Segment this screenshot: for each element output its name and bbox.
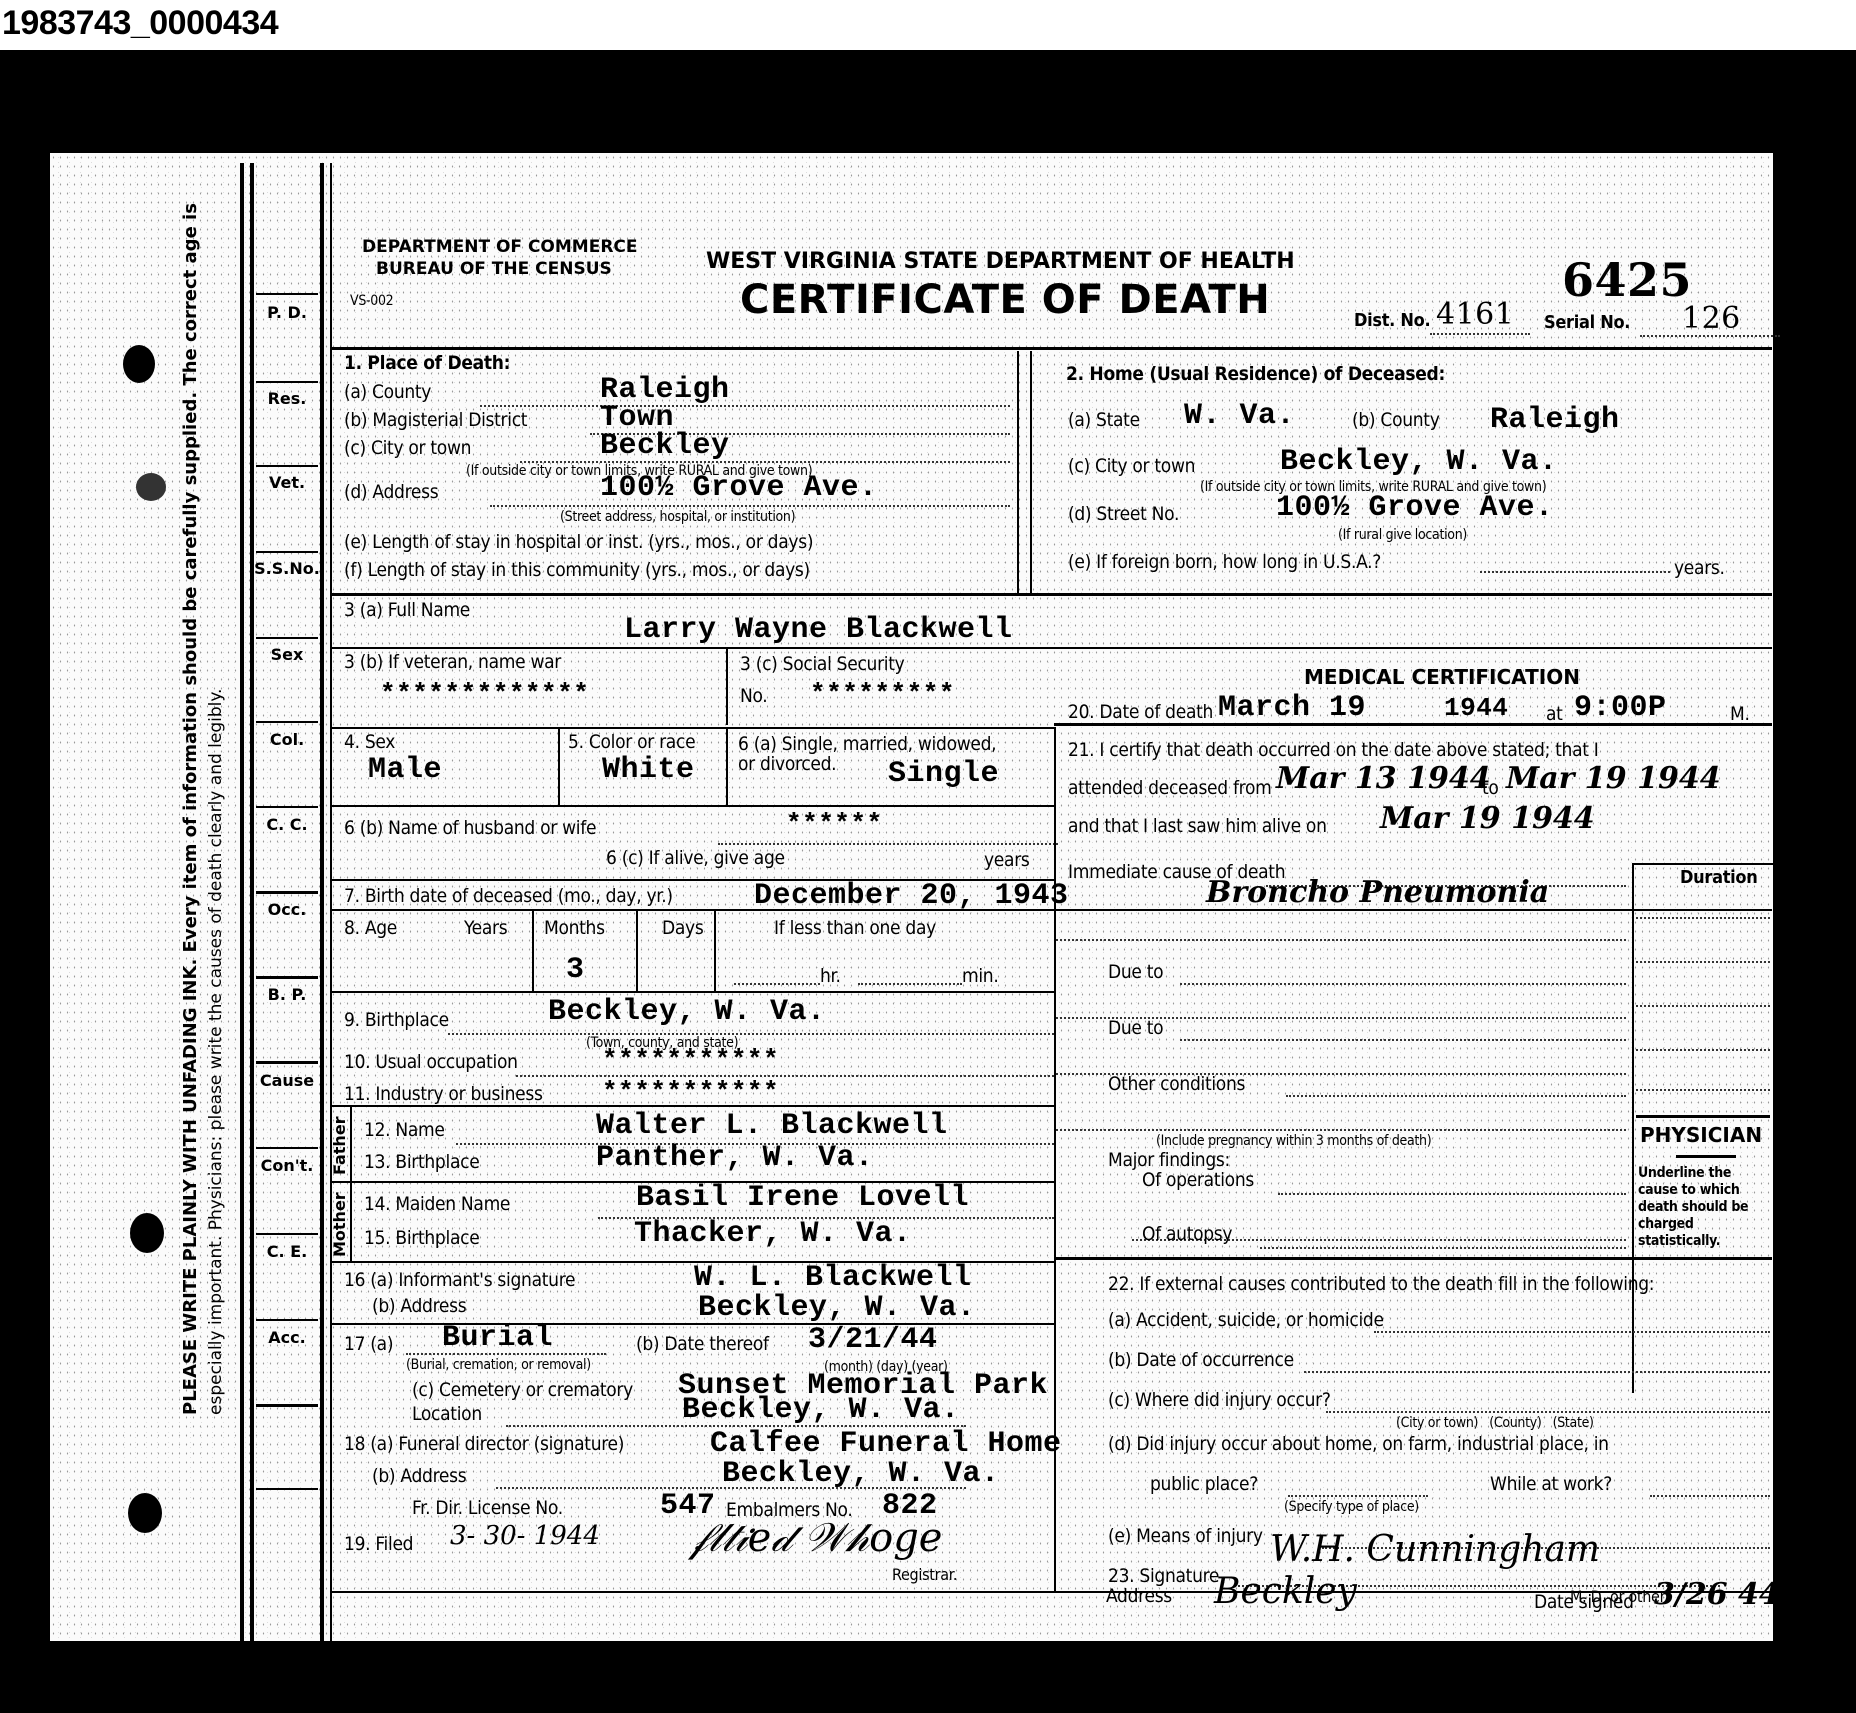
section-divider (1017, 351, 1019, 594)
birth-date-value[interactable]: December 20, 1943 (754, 879, 1069, 913)
page-title: CERTIFICATE OF DEATH (740, 277, 1270, 323)
certify-text: 21. I certify that death occurred on the… (1068, 739, 1599, 761)
margin-instructions-line1: PLEASE WRITE PLAINLY WITH UNFADING INK. … (180, 203, 201, 1415)
divider (256, 465, 318, 467)
sex-label: 4. Sex (344, 731, 395, 753)
home-state-label: (a) State (1068, 409, 1140, 431)
rule (332, 1323, 1054, 1325)
means-label: (e) Means of injury (1108, 1525, 1263, 1547)
mother-maiden-value[interactable]: Basil Irene Lovell (636, 1181, 969, 1215)
duration-column-border (1632, 863, 1634, 1393)
marital-label: 6 (a) Single, married, widowed, (738, 733, 996, 755)
side-code-occ: Occ. (252, 900, 322, 919)
autopsy-label: Of autopsy (1142, 1223, 1232, 1245)
less-day-label: If less than one day (774, 917, 936, 939)
ss-no-label: No. (740, 685, 767, 707)
address-value[interactable]: 100½ Grove Ave. (600, 471, 878, 505)
registrar-signature: 𝒻𝓁𝓉𝒾𝑒𝒹 𝒲𝒽𝑜𝑔𝑒 (690, 1515, 942, 1561)
burial-date-label: (b) Date thereof (636, 1333, 769, 1355)
side-code-cause: Cause (252, 1071, 322, 1090)
home-heading: 2. Home (Usual Residence) of Deceased: (1066, 363, 1445, 385)
county-line (480, 405, 1010, 407)
public-note: (Specify type of place) (1284, 1499, 1419, 1515)
side-code-res: Res. (252, 389, 322, 408)
about-label: (d) Did injury occur about home, on farm… (1108, 1433, 1609, 1455)
side-code-bp: B. P. (252, 985, 322, 1004)
burial-method-note: (Burial, cremation, or removal) (406, 1357, 591, 1373)
pregnancy-note: (Include pregnancy within 3 months of de… (1156, 1133, 1431, 1149)
side-code-vet: Vet. (252, 473, 322, 492)
serial-line (1640, 335, 1780, 337)
work-line (1650, 1495, 1770, 1497)
where-label: (c) Where did injury occur? (1108, 1389, 1331, 1411)
father-tag: Father (330, 1116, 349, 1175)
city-value[interactable]: Beckley (600, 429, 730, 463)
dist-label: Dist. No. (1354, 310, 1430, 331)
informant-address-value[interactable]: Beckley, W. Va. (698, 1291, 976, 1325)
industry-value[interactable]: *********** (602, 1077, 779, 1107)
attended-from-value[interactable]: Mar 13 1944 (1276, 761, 1491, 796)
at-label: at (1546, 703, 1563, 725)
divider (256, 293, 318, 295)
side-code-col: Col. (252, 730, 322, 749)
home-city-label: (c) City or town (1068, 455, 1195, 477)
spouse-label: 6 (b) Name of husband or wife (344, 817, 596, 839)
certifier-address-label: Address (1106, 1585, 1172, 1607)
veteran-value[interactable]: ************* (380, 679, 589, 709)
home-state-value[interactable]: W. Va. (1184, 399, 1295, 433)
public-line (1288, 1495, 1428, 1497)
side-code-sex: Sex (252, 645, 322, 664)
occurrence-label: (b) Date of occurrence (1108, 1349, 1294, 1371)
duration-line (1636, 1089, 1770, 1091)
section-rule (332, 593, 1772, 596)
spouse-age-label: 6 (c) If alive, give age (606, 847, 785, 869)
side-code-ce: C. E. (252, 1242, 322, 1261)
district-label: (b) Magisterial District (344, 409, 527, 431)
side-code-pd: P. D. (252, 303, 322, 322)
death-certificate: PLEASE WRITE PLAINLY WITH UNFADING INK. … (50, 153, 1773, 1641)
rule (332, 991, 1054, 993)
due-to-line (1180, 1039, 1626, 1041)
cause-line (1056, 1129, 1626, 1131)
parent-tag-border (350, 1107, 352, 1263)
where-note: (City or town) (County) (State) (1396, 1415, 1594, 1431)
home-street-value[interactable]: 100½ Grove Ave. (1276, 491, 1554, 525)
birthplace-value[interactable]: Beckley, W. Va. (548, 995, 826, 1029)
last-seen-label: and that I last saw him alive on (1068, 815, 1327, 837)
accident-label: (a) Accident, suicide, or homicide (1108, 1309, 1384, 1331)
cemetery-label: (c) Cemetery or crematory (412, 1379, 633, 1401)
side-code-cont: Con't. (252, 1156, 322, 1175)
divider (256, 1404, 318, 1407)
divider (256, 721, 318, 723)
duration-line (1636, 1049, 1770, 1051)
serial-number: 126 (1682, 301, 1741, 336)
punch-hole (128, 1493, 162, 1533)
mother-birthplace-value[interactable]: Thacker, W. Va. (634, 1217, 912, 1251)
side-code-ssno: S.S.No. (252, 559, 322, 578)
divider (726, 649, 728, 725)
filed-label: 19. Filed (344, 1533, 413, 1555)
header-rule (332, 347, 1772, 350)
director-address-label: (b) Address (372, 1465, 466, 1487)
divider (256, 637, 318, 639)
rule (332, 727, 1054, 729)
years-label: Years (464, 917, 507, 939)
dist-line (1430, 333, 1530, 335)
divider (256, 551, 318, 553)
rule (332, 805, 1054, 807)
rule (1676, 1155, 1736, 1158)
director-label: 18 (a) Funeral director (signature) (344, 1433, 624, 1455)
informant-address-label: (b) Address (372, 1295, 466, 1317)
mother-birthplace-label: 15. Birthplace (364, 1227, 479, 1249)
rule (1636, 1115, 1770, 1118)
death-year-value[interactable]: 1944 (1444, 693, 1508, 723)
stay-community-label: (f) Length of stay in this community (yr… (344, 559, 810, 581)
code-column-border-right2 (330, 163, 332, 1641)
address-line (490, 505, 1010, 507)
father-birthplace-label: 13. Birthplace (364, 1151, 479, 1173)
director-value[interactable]: Calfee Funeral Home (710, 1427, 1062, 1461)
divider (256, 1061, 318, 1064)
operations-label: Of operations (1142, 1169, 1254, 1191)
certifier-signature-value[interactable]: W.H. Cunningham (1270, 1529, 1600, 1570)
home-city-value[interactable]: Beckley, W. Va. (1280, 445, 1558, 479)
age-label: 8. Age (344, 917, 397, 939)
home-county-label: (b) County (1352, 409, 1440, 431)
to-label: to (1482, 777, 1499, 799)
m-label: M. (1730, 703, 1750, 725)
death-date-label: 20. Date of death (1068, 701, 1213, 723)
months-label: Months (544, 917, 605, 939)
occurrence-line (1304, 1371, 1770, 1373)
margin-instructions-line2: especially important. Physicians: please… (206, 689, 226, 1415)
divider (256, 976, 318, 979)
death-time-value[interactable]: 9:00P (1574, 691, 1667, 725)
spouse-line (718, 843, 1058, 845)
informant-value[interactable]: W. L. Blackwell (694, 1261, 972, 1295)
home-foreign-unit: years. (1674, 557, 1725, 579)
duration-label: Duration (1680, 867, 1757, 888)
serial-label: Serial No. (1544, 312, 1630, 333)
dist-number: 4161 (1436, 297, 1514, 332)
birthplace-line (448, 1033, 1054, 1035)
major-findings-label: Major findings: (1108, 1149, 1230, 1171)
address-note: (Street address, hospital, or institutio… (560, 509, 795, 525)
duration-line (1636, 961, 1770, 963)
foreign-line (1480, 571, 1670, 573)
occupation-value[interactable]: *********** (602, 1045, 779, 1075)
section-divider (1054, 727, 1056, 1593)
min-label: min. (962, 965, 998, 987)
location-label: Location (412, 1403, 482, 1425)
operations-line (1278, 1193, 1626, 1195)
physician-heading: PHYSICIAN (1640, 1123, 1762, 1147)
burial-method-label: 17 (a) (344, 1333, 393, 1355)
state-department: WEST VIRGINIA STATE DEPARTMENT OF HEALTH (706, 249, 1295, 274)
home-foreign-label: (e) If foreign born, how long in U.S.A.? (1068, 551, 1381, 573)
divider (256, 1147, 318, 1149)
mother-tag: Mother (330, 1192, 349, 1257)
ss-label: 3 (c) Social Security (740, 653, 904, 675)
punch-hole (130, 1213, 164, 1253)
address-label: (d) Address (344, 481, 438, 503)
certifier-address-value[interactable]: Beckley (1214, 1571, 1357, 1612)
birthplace-label: 9. Birthplace (344, 1009, 449, 1031)
punch-hole (136, 473, 166, 501)
agency-line1: DEPARTMENT OF COMMERCE (362, 237, 638, 257)
burial-date-value[interactable]: 3/21/44 (808, 1323, 938, 1357)
divider (714, 911, 716, 991)
side-code-acc: Acc. (252, 1328, 322, 1347)
sex-value[interactable]: Male (368, 753, 442, 787)
divider (726, 729, 728, 805)
county-label: (a) County (344, 381, 431, 403)
hr-label: hr. (820, 965, 841, 987)
father-name-value[interactable]: Walter L. Blackwell (596, 1109, 948, 1143)
place-of-death-heading: 1. Place of Death: (344, 352, 510, 374)
certifier-signature-label: 23. Signature (1108, 1565, 1219, 1587)
home-street-label: (d) Street No. (1068, 503, 1179, 525)
divider (256, 1488, 318, 1490)
attended-label: attended deceased from (1068, 777, 1272, 799)
age-months-value[interactable]: 3 (566, 953, 585, 987)
autopsy-line (1260, 1247, 1626, 1249)
full-name-label: 3 (a) Full Name (344, 599, 470, 621)
form-number: VS-002 (350, 293, 393, 309)
divider (256, 891, 318, 894)
rule (332, 909, 1772, 911)
marital-value[interactable]: Single (888, 757, 999, 791)
cause-line (1056, 939, 1626, 941)
divider (256, 1233, 318, 1235)
father-birthplace-value[interactable]: Panther, W. Va. (596, 1141, 874, 1175)
occupation-line (516, 1075, 1054, 1077)
filed-value[interactable]: 3- 30- 1944 (450, 1521, 600, 1551)
duration-line (1636, 1005, 1770, 1007)
divider (558, 729, 560, 805)
external-heading: 22. If external causes contributed to th… (1108, 1273, 1654, 1295)
birth-date-label: 7. Birth date of deceased (mo., day, yr.… (344, 885, 673, 907)
city-label: (c) City or town (344, 437, 471, 459)
other-line (1286, 1095, 1626, 1097)
race-label: 5. Color or race (568, 731, 695, 753)
image-id-bar: 1983743_0000434 (0, 0, 1856, 50)
public-label: public place? (1150, 1473, 1258, 1495)
divider (256, 381, 318, 383)
min-line (858, 983, 962, 985)
spouse-value[interactable]: ****** (786, 809, 883, 839)
other-conditions-label: Other conditions (1108, 1073, 1245, 1095)
burial-method-value[interactable]: Burial (442, 1321, 553, 1355)
stamp-number: 6425 (1562, 253, 1692, 307)
stay-hospital-label: (e) Length of stay in hospital or inst. … (344, 531, 813, 553)
where-line (1326, 1411, 1770, 1413)
punch-hole (123, 345, 155, 383)
physician-note: Underline the cause to which death shoul… (1638, 1165, 1772, 1250)
divider (636, 911, 638, 991)
date-signed-value[interactable]: 3/26 44 (1654, 1577, 1780, 1612)
rule (332, 647, 1772, 649)
section-divider (1030, 351, 1032, 594)
ss-value[interactable]: ********* (810, 679, 955, 709)
work-label: While at work? (1490, 1473, 1612, 1495)
spouse-age-unit: years (984, 849, 1030, 871)
immediate-cause-value[interactable]: Broncho Pneumonia (1206, 875, 1549, 910)
industry-label: 11. Industry or business (344, 1083, 543, 1105)
attended-to-value[interactable]: Mar 19 1944 (1506, 761, 1721, 796)
last-seen-value[interactable]: Mar 19 1944 (1380, 801, 1595, 836)
rule (332, 1105, 1054, 1107)
location-value[interactable]: Beckley, W. Va. (682, 1393, 960, 1427)
license-label: Fr. Dir. License No. (412, 1497, 563, 1519)
side-code-cc: C. C. (252, 815, 322, 834)
home-street-note: (If rural give location) (1338, 527, 1467, 543)
informant-label: 16 (a) Informant's signature (344, 1269, 575, 1291)
divider (256, 1319, 318, 1321)
medical-heading: MEDICAL CERTIFICATION (1304, 665, 1580, 689)
occupation-label: 10. Usual occupation (344, 1051, 518, 1073)
veteran-label: 3 (b) If veteran, name war (344, 651, 561, 673)
registrar-label: Registrar. (892, 1565, 957, 1584)
marital-label2: or divorced. (738, 753, 836, 775)
date-signed-label: Date signed (1534, 1591, 1634, 1613)
hr-line (734, 983, 820, 985)
home-county-value[interactable]: Raleigh (1490, 403, 1620, 437)
race-value[interactable]: White (602, 753, 695, 787)
margin-border (240, 163, 244, 1641)
due-to-label-2: Due to (1108, 1017, 1163, 1039)
duration-line (1636, 917, 1770, 919)
rule (1634, 863, 1774, 865)
accident-line (1374, 1331, 1770, 1333)
due-to-line (1180, 983, 1626, 985)
full-name-value[interactable]: Larry Wayne Blackwell (624, 613, 1013, 647)
father-name-label: 12. Name (364, 1119, 445, 1141)
due-to-label: Due to (1108, 961, 1163, 983)
death-date-value[interactable]: March 19 (1218, 691, 1366, 725)
rule (1054, 1257, 1772, 1260)
agency-line2: BUREAU OF THE CENSUS (376, 259, 612, 279)
director-address-value[interactable]: Beckley, W. Va. (722, 1457, 1000, 1491)
divider (256, 806, 318, 808)
mother-maiden-label: 14. Maiden Name (364, 1193, 510, 1215)
divider (532, 911, 534, 991)
days-label: Days (662, 917, 703, 939)
image-id: 1983743_0000434 (2, 4, 278, 43)
